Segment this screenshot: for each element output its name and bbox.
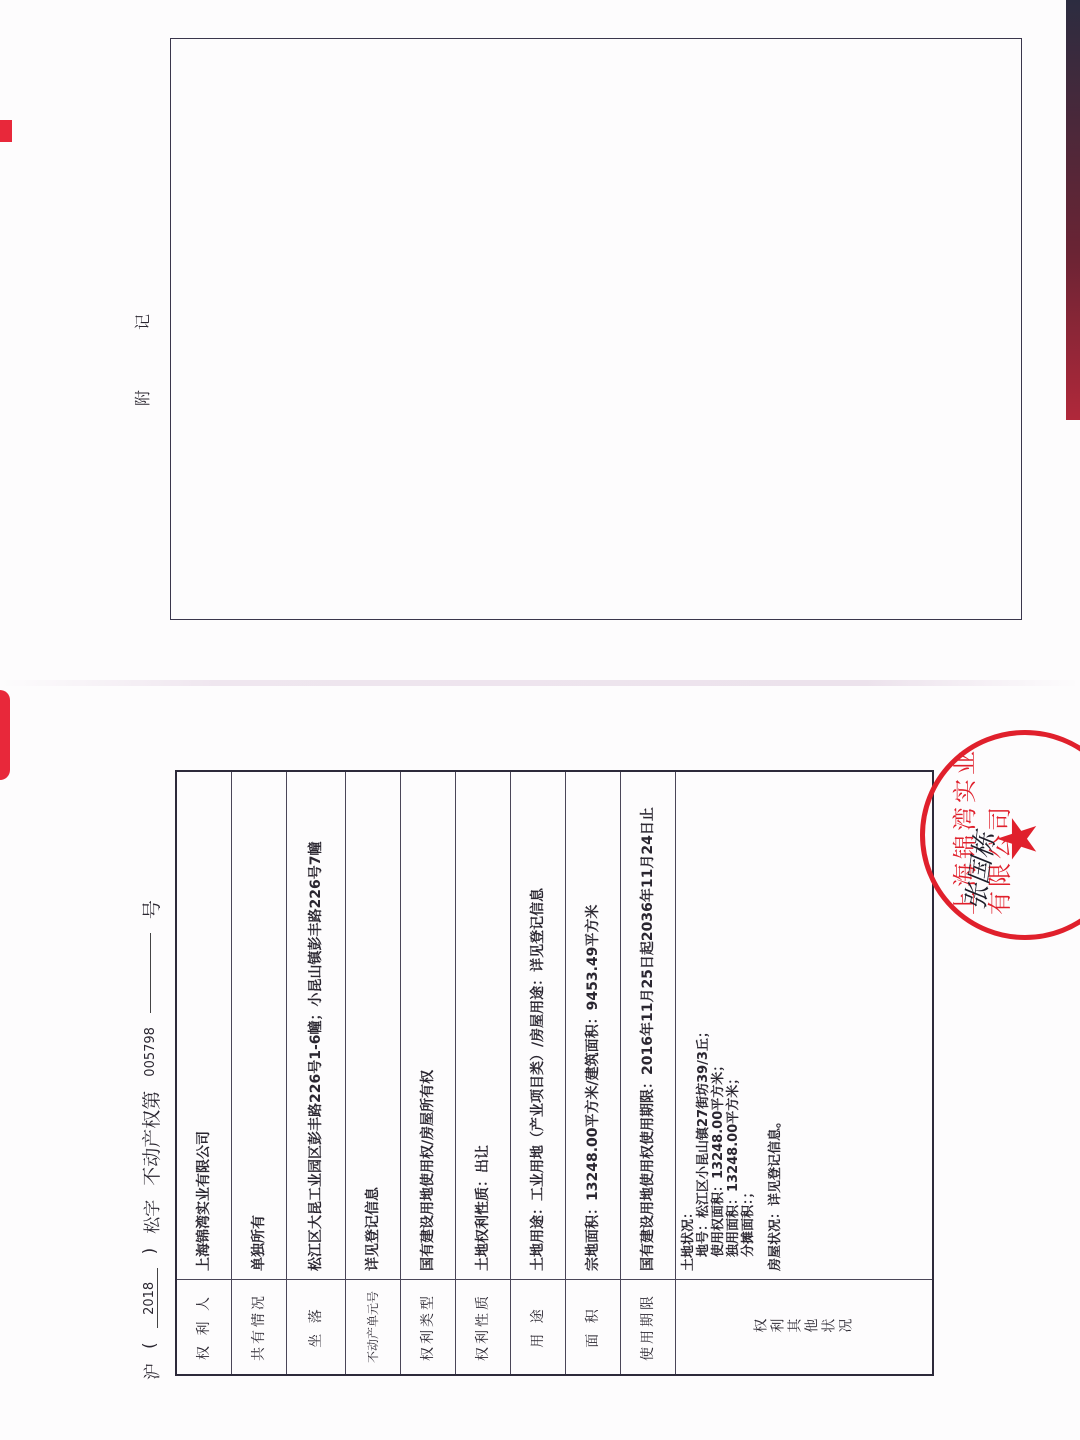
certificate-number: 005798 xyxy=(143,1027,158,1077)
table-row: 用 途 土地用途：工业用地（产业项目类）/房屋用途：详见登记信息 xyxy=(511,771,566,1375)
row-value: 土地权利性质：出让 xyxy=(456,771,511,1280)
row-label: 不动产单元号 xyxy=(346,1280,401,1376)
row-label: 权 利 人 xyxy=(176,1280,232,1376)
certificate-table: 权 利 人 上海锦湾实业有限公司 共有情况 单独所有 坐 落 松江区大昆工业园区… xyxy=(175,770,934,1376)
table-row: 坐 落 松江区大昆工业园区彭丰路226号1-6幢；小昆山镇彭丰路226号7幢 xyxy=(287,771,346,1375)
row-label: 面 积 xyxy=(566,1280,621,1376)
certificate-page: 沪 ( 2018 ) 松字 不动产权第 005798 号 权 利 人 上海锦湾实… xyxy=(120,770,1020,1380)
table-row: 权利性质 土地权利性质：出让 xyxy=(456,771,511,1375)
row-label: 用 途 xyxy=(511,1280,566,1376)
annotation-title: 附记 xyxy=(130,40,153,620)
other-status-label: 权利其他状况 xyxy=(676,1280,934,1376)
annotation-box xyxy=(170,38,1022,620)
row-value: 国有建设用地使用权/房屋所有权 xyxy=(401,771,456,1280)
annotation-page: 附记 xyxy=(130,20,990,620)
other-status-value: 土地状况： 地号：松江区小昆山镇27街坊39/3丘； 使用权面积：13248.0… xyxy=(676,771,934,1280)
row-value: 单独所有 xyxy=(232,771,287,1280)
district-char: 松字 xyxy=(138,1200,163,1234)
table-row: 共有情况 单独所有 xyxy=(232,771,287,1375)
row-label: 坐 落 xyxy=(287,1280,346,1376)
row-label: 权利性质 xyxy=(456,1280,511,1376)
row-value: 详见登记信息 xyxy=(346,771,401,1280)
region-prefix: 沪 xyxy=(138,1363,163,1380)
row-label: 权利类型 xyxy=(401,1280,456,1376)
row-value: 国有建设用地使用权使用期限：2016年11月25日起2036年11月24日止 xyxy=(621,771,676,1280)
certificate-title: 不动产权第 xyxy=(137,1091,164,1186)
table-row: 权 利 人 上海锦湾实业有限公司 xyxy=(176,771,232,1375)
table-row: 使用期限 国有建设用地使用权使用期限：2016年11月25日起2036年11月2… xyxy=(621,771,676,1375)
certificate-document: 沪 ( 2018 ) 松字 不动产权第 005798 号 权 利 人 上海锦湾实… xyxy=(0,0,1080,1440)
certificate-number-heading: 沪 ( 2018 ) 松字 不动产权第 005798 号 xyxy=(130,770,170,1380)
row-value: 宗地面积：13248.00平方米/建筑面积：9453.49平方米 xyxy=(566,771,621,1280)
table-row: 权利类型 国有建设用地使用权/房屋所有权 xyxy=(401,771,456,1375)
certificate-year: 2018 xyxy=(142,1268,158,1328)
table-row: 面 积 宗地面积：13248.00平方米/建筑面积：9453.49平方米 xyxy=(566,771,621,1375)
row-label: 共有情况 xyxy=(232,1280,287,1376)
row-label: 使用期限 xyxy=(621,1280,676,1376)
row-value: 土地用途：工业用地（产业项目类）/房屋用途：详见登记信息 xyxy=(511,771,566,1280)
row-value: 上海锦湾实业有限公司 xyxy=(176,771,232,1280)
row-value: 松江区大昆工业园区彭丰路226号1-6幢；小昆山镇彭丰路226号7幢 xyxy=(287,771,346,1280)
table-row: 不动产单元号 详见登记信息 xyxy=(346,771,401,1375)
table-row-other-status: 权利其他状况 土地状况： 地号：松江区小昆山镇27街坊39/3丘； 使用权面积：… xyxy=(676,771,934,1375)
